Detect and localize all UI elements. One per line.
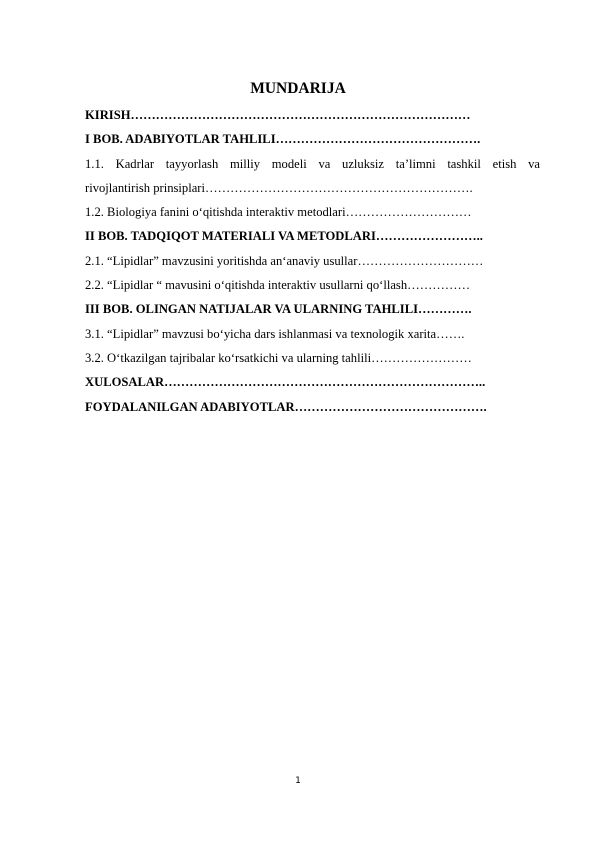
toc-entry-3-1: 3.1. “Lipidlar” mavzusi bo‘yicha dars is… xyxy=(85,322,540,346)
toc-entry-chapter-2: II BOB. TADQIQOT MATERIALI VA METODLARI…… xyxy=(85,224,540,248)
toc-entry-1-1-continued: rivojlantirish prinsiplari……………………………………… xyxy=(85,176,540,200)
toc-entry-2-1: 2.1. “Lipidlar” mavzusini yoritishda an‘… xyxy=(85,249,540,273)
toc-entry-references: FOYDALANILGAN ADABIYOTLAR………………………………………… xyxy=(85,395,540,419)
page-number: 1 xyxy=(0,776,596,786)
toc-entry-chapter-3: III BOB. OLINGAN NATIJALAR VA ULARNING T… xyxy=(85,297,540,321)
page-title: MUNDARIJA xyxy=(0,79,596,99)
document-page: MUNDARIJA KIRISH………………………………………………………………… xyxy=(0,0,596,842)
toc-entry-3-2: 3.2. O‘tkazilgan tajribalar ko‘rsatkichi… xyxy=(85,346,540,370)
toc-entry-kirish: KIRISH……………………………………………………………………… xyxy=(85,103,540,127)
toc-entry-1-1: 1.1. Kadrlar tayyorlash milliy modeli va… xyxy=(85,152,540,176)
toc-entry-conclusions: XULOSALAR………………………………………………………………….. xyxy=(85,370,540,394)
toc-entry-2-2: 2.2. “Lipidlar “ mavusini o‘qitishda int… xyxy=(85,273,540,297)
table-of-contents: KIRISH……………………………………………………………………… I BOB.… xyxy=(85,103,540,419)
toc-entry-1-2: 1.2. Biologiya fanini o‘qitishda interak… xyxy=(85,200,540,224)
toc-entry-chapter-1: I BOB. ADABIYOTLAR TAHLILI……………………………………… xyxy=(85,127,540,151)
